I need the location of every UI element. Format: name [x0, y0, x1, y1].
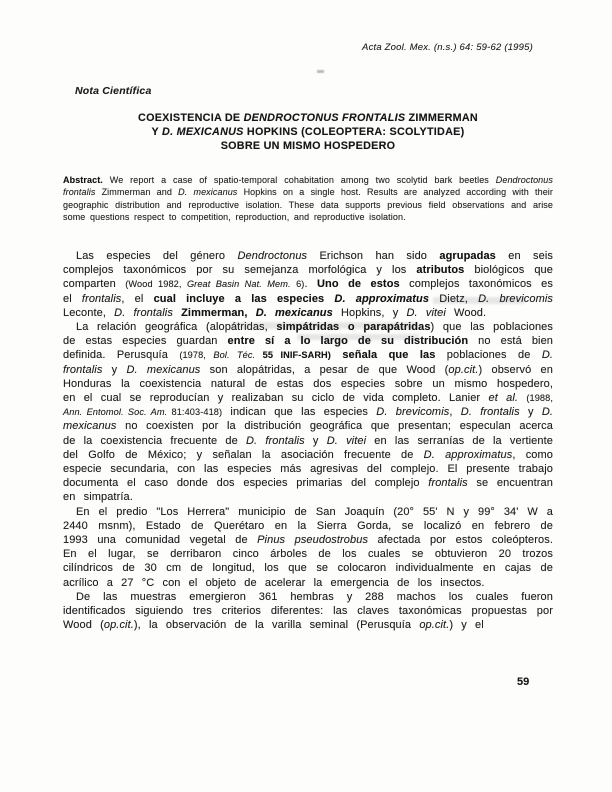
bleedthrough-smudge-3 — [433, 297, 525, 304]
bleedthrough-smudge-2 — [297, 334, 419, 340]
body-paragraph-4: De las muestras emergieron 361 hembras y… — [63, 590, 553, 633]
body-paragraph-3: En el predio "Los Herrera" municipio de … — [63, 505, 553, 590]
scan-artifact-mark — [317, 70, 324, 73]
article-body: Las especies del género Dendroctonus Eri… — [63, 249, 553, 632]
body-paragraph-2: La relación geográfica (alopátridas, sim… — [63, 320, 553, 505]
title-line-2: Y D. MEXICANUS HOPKINS (COLEOPTERA: SCOL… — [63, 126, 553, 140]
abstract: Abstract. We report a case of spatio-tem… — [63, 174, 553, 224]
body-paragraph-1: Las especies del género Dendroctonus Eri… — [63, 249, 553, 320]
journal-page: Acta Zool. Mex. (n.s.) 64: 59-62 (1995) … — [0, 0, 612, 792]
page-number: 59 — [517, 676, 529, 688]
bleedthrough-smudge-1 — [231, 322, 417, 329]
section-label: Nota Científica — [75, 85, 152, 97]
title-line-3: SOBRE UN MISMO HOSPEDERO — [63, 140, 553, 154]
running-head: Acta Zool. Mex. (n.s.) 64: 59-62 (1995) — [362, 42, 533, 53]
title-line-1: COEXISTENCIA DE DENDROCTONUS FRONTALIS Z… — [63, 112, 553, 126]
article-title: COEXISTENCIA DE DENDROCTONUS FRONTALIS Z… — [63, 112, 553, 153]
